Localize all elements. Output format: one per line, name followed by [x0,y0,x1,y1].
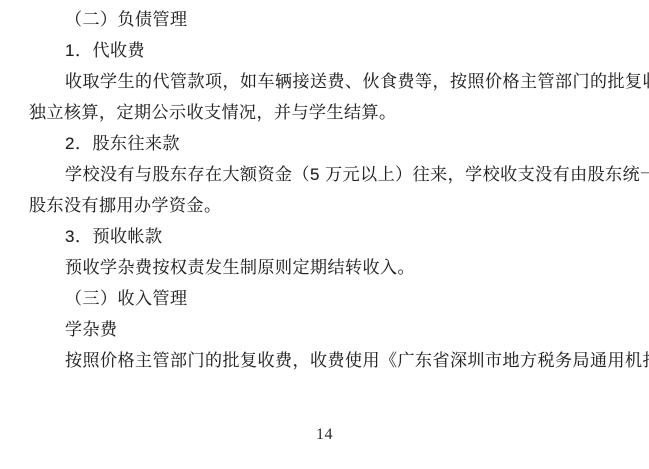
paragraph-line: 学校没有与股东存在大额资金（5 万元以上）往来，学校收支没有由股东统一核 [29,159,649,190]
paragraph-line: 预收学杂费按权责发生制原则定期结转收入。 [29,252,649,283]
paragraph-line: 独立核算，定期公示收支情况，并与学生结算。 [29,97,649,128]
paragraph-line: 按照价格主管部门的批复收费，收费使用《广东省深圳市地方税务局通用机打发 [29,345,649,376]
scanned-document-page: （二）负债管理 1．代收费 收取学生的代管款项，如车辆接送费、伙食费等，按照价格… [0,0,649,469]
page-number: 14 [316,426,333,443]
paragraph-line-tuition-fees: 学杂费 [29,314,649,345]
subsection-heading-collection-fees: 1．代收费 [29,35,649,66]
section-heading-liability-management: （二）负债管理 [29,4,649,35]
paragraph-line: 收取学生的代管款项，如车辆接送费、伙食费等，按照价格主管部门的批复收费 [29,66,649,97]
subsection-heading-advance-receipts: 3．预收帐款 [29,221,649,252]
paragraph-line: 股东没有挪用办学资金。 [29,190,649,221]
section-heading-income-management: （三）收入管理 [29,283,649,314]
subsection-heading-shareholder-transactions: 2．股东往来款 [29,128,649,159]
page-footer: 14 [0,426,649,444]
document-body: （二）负债管理 1．代收费 收取学生的代管款项，如车辆接送费、伙食费等，按照价格… [29,4,649,376]
